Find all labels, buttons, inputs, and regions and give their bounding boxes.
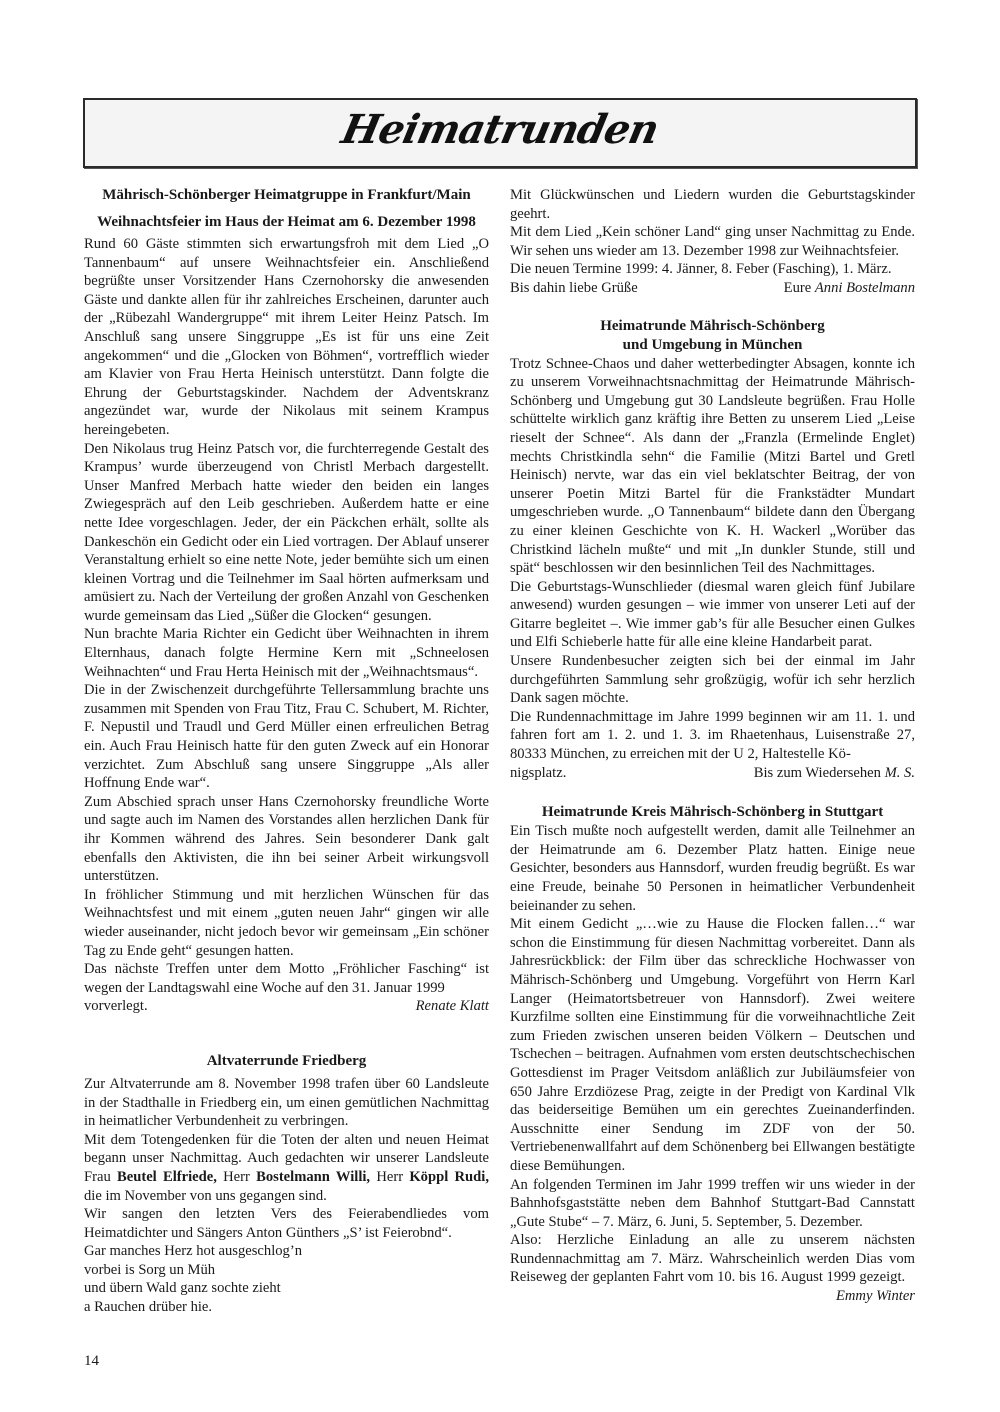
poem-line: Gar manches Herz hot ausgeschlog’n — [84, 1242, 489, 1261]
poem-line: und übern Wald ganz sochte zieht — [84, 1279, 489, 1298]
article-heading: Altvaterrunde Friedberg — [84, 1052, 489, 1071]
closing-text: nigsplatz. — [510, 764, 566, 783]
paragraph: In fröhlicher Stimmung und mit herzliche… — [84, 886, 489, 960]
article-heading: Heimatrunde Kreis Mährisch-Schönberg in … — [510, 803, 915, 822]
paragraph: Die Geburtstags-Wunschlieder (diesmal wa… — [510, 578, 915, 652]
paragraph: Also: Herzliche Einladung an alle zu uns… — [510, 1231, 915, 1287]
signature-line: vorverlegt. Renate Klatt — [84, 997, 489, 1016]
memorial-text: Herr — [217, 1169, 256, 1185]
section-title: Heimatrunden — [80, 106, 920, 153]
poem-line: vorbei is Sorg un Müh — [84, 1261, 489, 1280]
paragraph: Ein Tisch mußte noch aufgestellt werden,… — [510, 822, 915, 915]
paragraph: Zur Altvaterrunde am 8. November 1998 tr… — [84, 1075, 489, 1131]
paragraph: Wir sangen den letzten Vers des Feierabe… — [84, 1205, 489, 1242]
author-signature: Emmy Winter — [510, 1287, 915, 1306]
left-column: Mährisch-Schönberger Heimatgruppe in Fra… — [84, 186, 489, 1317]
article-heading-line2: und Umgebung in München — [510, 336, 915, 355]
paragraph: Mit dem Lied „Kein schöner Land“ ging un… — [510, 223, 915, 260]
paragraph: Das nächste Treffen unter dem Motto „Frö… — [84, 960, 489, 997]
paragraph: An folgenden Terminen im Jahr 1999 treff… — [510, 1176, 915, 1232]
paragraph: Die Rundennachmittage im Jahre 1999 begi… — [510, 708, 915, 764]
article-stuttgart: Heimatrunde Kreis Mährisch-Schönberg in … — [510, 803, 915, 1305]
author-signature: Anni Bostelmann — [815, 280, 915, 296]
memorial-text: die im November von uns gegangen sind. — [84, 1188, 327, 1204]
closing-text: Bis dahin liebe Grüße — [510, 279, 638, 298]
right-column: Mit Glückwünschen und Liedern wurden die… — [510, 186, 915, 1306]
poem: Gar manches Herz hot ausgeschlog’n vorbe… — [84, 1242, 489, 1316]
article-muenchen: Heimatrunde Mährisch-Schönberg und Umgeb… — [510, 317, 915, 783]
memorial-text: Herr — [370, 1169, 409, 1185]
poem-line: a Rauchen drüber hie. — [84, 1298, 489, 1317]
deceased-name: Köppl Rudi, — [409, 1169, 489, 1185]
author-signature: M. S. — [885, 765, 915, 781]
article-heading: Mährisch-Schönberger Heimatgruppe in Fra… — [84, 186, 489, 205]
paragraph: Nun brachte Maria Richter ein Gedicht üb… — [84, 625, 489, 681]
paragraph: Rund 60 Gäste stimmten sich erwartungsfr… — [84, 235, 489, 440]
section-banner: Heimatrunden — [83, 98, 917, 168]
closing-prefix: Bis zum Wiedersehen — [754, 765, 885, 781]
page-number: 14 — [84, 1353, 99, 1370]
article-frankfurt: Mährisch-Schönberger Heimatgruppe in Fra… — [84, 186, 489, 1016]
article-heading-line1: Heimatrunde Mährisch-Schönberg — [510, 317, 915, 336]
article-friedberg: Altvaterrunde Friedberg Zur Altvaterrund… — [84, 1052, 489, 1317]
closing-text: vorverlegt. — [84, 997, 148, 1016]
paragraph: Trotz Schnee-Chaos und daher wetterbedin… — [510, 355, 915, 578]
article-subheading: Weihnachtsfeier im Haus der Heimat am 6.… — [84, 213, 489, 232]
paragraph: Mit einem Gedicht „…wie zu Hause die Flo… — [510, 915, 915, 1175]
paragraph: Mit Glückwünschen und Liedern wurden die… — [510, 186, 915, 223]
paragraph: Zum Abschied sprach unser Hans Czernohor… — [84, 793, 489, 886]
deceased-name: Beutel Elfriede, — [117, 1169, 217, 1185]
signature-line: nigsplatz. Bis zum Wiedersehen M. S. — [510, 764, 915, 783]
paragraph: Die neuen Termine 1999: 4. Jänner, 8. Fe… — [510, 260, 915, 279]
closing-prefix: Eure — [784, 280, 815, 296]
deceased-name: Bostelmann Willi, — [256, 1169, 370, 1185]
paragraph: Den Nikolaus trug Heinz Patsch vor, die … — [84, 440, 489, 626]
author-signature: Renate Klatt — [416, 997, 489, 1016]
paragraph: Die in der Zwischenzeit durchgeführte Te… — [84, 681, 489, 793]
article-continuation: Mit Glückwünschen und Liedern wurden die… — [510, 186, 915, 298]
memorial-paragraph: Mit dem Totengedenken für die Toten der … — [84, 1131, 489, 1205]
paragraph: Unsere Rundenbesucher zeigten sich bei d… — [510, 652, 915, 708]
signature-line: Bis dahin liebe Grüße Eure Anni Bostelma… — [510, 279, 915, 298]
